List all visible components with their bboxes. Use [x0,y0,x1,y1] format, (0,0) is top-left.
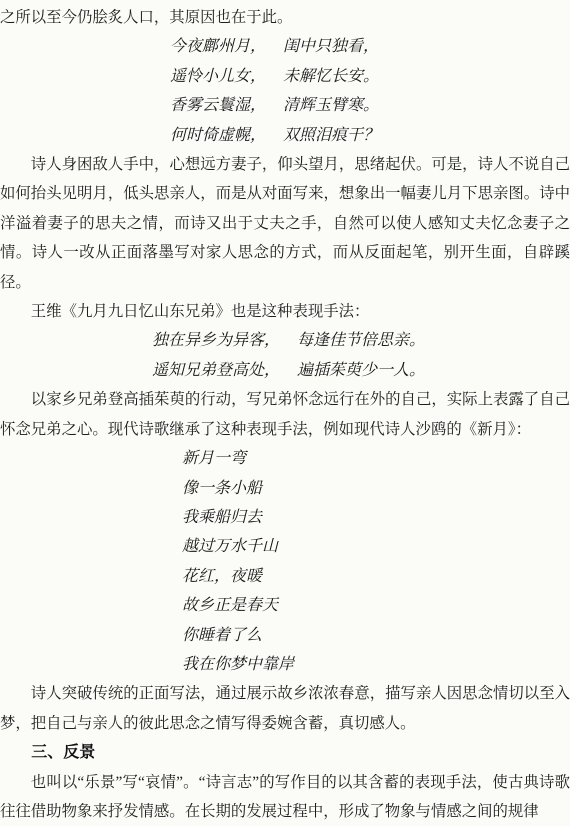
paragraph-wangwei-intro: 王维《九月九日忆山东兄弟》也是这种表现手法： [0,297,570,326]
poem-line: 我乘船归去 [182,503,570,532]
verse-left: 今夜鄜州月， [170,38,266,55]
poem-line: 遥知兄弟登高处，遍插茱萸少一人。 [152,356,570,385]
paragraph-analysis-xinyue: 诗人突破传统的正面写法，通过展示故乡浓浓春意，描写亲人因思念情切以至入梦，把自己… [0,679,570,738]
verse-right: 未解忆长安。 [283,68,379,85]
verse-left: 何时倚虚幌， [170,127,266,144]
poem-yueye: 今夜鄜州月，闺中只独看， 遥怜小儿女，未解忆长安。 香雾云鬟湿，清辉玉臂寒。 何… [0,32,570,150]
section-heading: 三、反景 [0,738,570,767]
poem-line: 香雾云鬟湿，清辉玉臂寒。 [170,91,570,120]
verse-left: 遥知兄弟登高处， [152,362,280,379]
poem-line: 花红，夜暖 [182,562,570,591]
poem-line: 遥怜小儿女，未解忆长安。 [170,62,570,91]
poem-line: 故乡正是春天 [182,591,570,620]
paragraph-analysis-yueye: 诗人身困敌人手中，心想远方妻子，仰头望月，思绪起伏。可是，诗人不说自己如何抬头见… [0,150,570,297]
book-page: 之所以至今仍脍炙人口，其原因也在于此。 今夜鄜州月，闺中只独看， 遥怜小儿女，未… [0,0,570,826]
poem-line: 越过万水千山 [182,532,570,561]
poem-xinyue: 新月一弯 像一条小船 我乘船归去 越过万水千山 花红，夜暖 故乡正是春天 你睡着… [0,444,570,679]
paragraph-section-3: 也叫以“乐景”写“哀情”。“诗言志”的写作目的以其含蓄的表现手法，使古典诗歌往往… [0,768,570,826]
paragraph-analysis-wangwei: 以家乡兄弟登高插茱萸的行动，写兄弟怀念远行在外的自己，实际上表露了自己怀念兄弟之… [0,385,570,444]
poem-line: 今夜鄜州月，闺中只独看， [170,32,570,61]
verse-right: 遍插茱萸少一人。 [297,362,425,379]
poem-line: 独在异乡为异客，每逢佳节倍思亲。 [152,326,570,355]
poem-line: 像一条小船 [182,474,570,503]
poem-line: 新月一弯 [182,444,570,473]
poem-line: 何时倚虚幌，双照泪痕干？ [170,121,570,150]
verse-right: 清辉玉臂寒。 [283,97,379,114]
verse-left: 遥怜小儿女， [170,68,266,85]
verse-left: 独在异乡为异客， [152,332,280,349]
verse-left: 香雾云鬟湿， [170,97,266,114]
poem-line: 你睡着了么 [182,621,570,650]
verse-right: 闺中只独看， [283,38,379,55]
poem-line: 我在你梦中靠岸 [182,650,570,679]
verse-right: 双照泪痕干？ [283,127,379,144]
paragraph-intro: 之所以至今仍脍炙人口，其原因也在于此。 [0,3,570,32]
verse-right: 每逢佳节倍思亲。 [297,332,425,349]
poem-wangwei: 独在异乡为异客，每逢佳节倍思亲。 遥知兄弟登高处，遍插茱萸少一人。 [0,326,570,385]
